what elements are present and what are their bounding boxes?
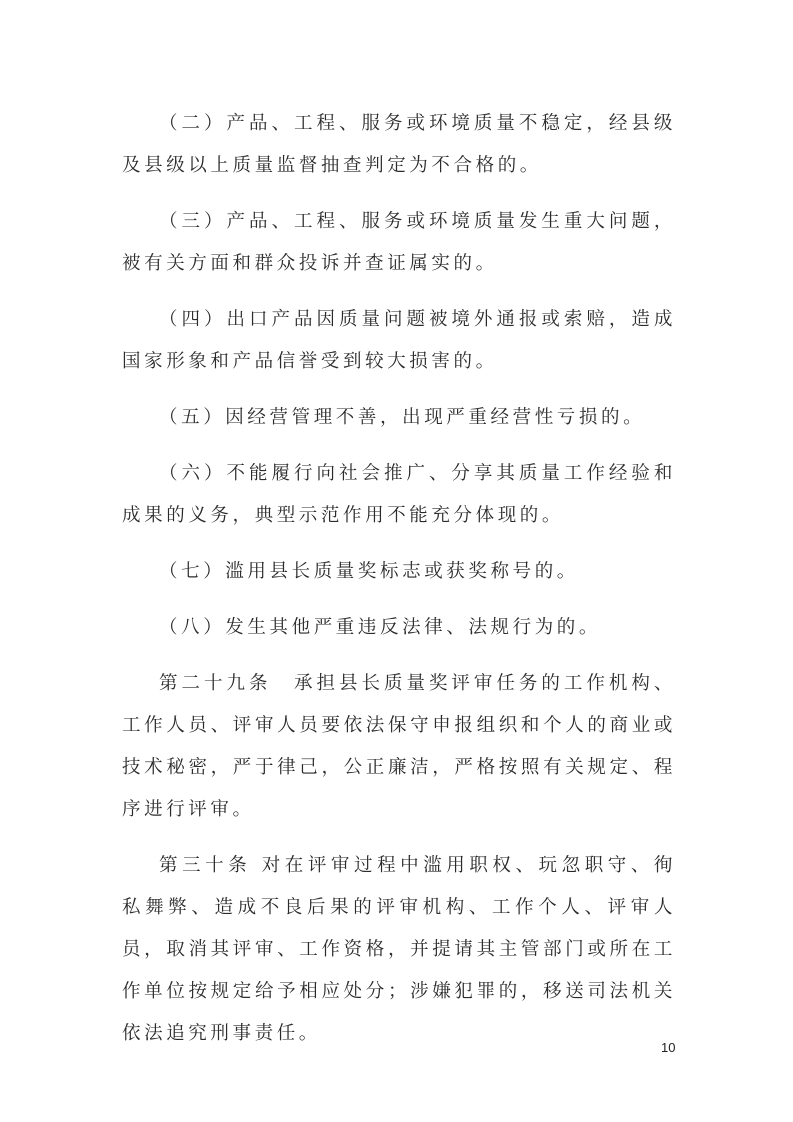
paragraph-item-8: （八）发生其他严重违反法律、法规行为的。 [122,607,676,649]
paragraph-item-5: （五）因经营管理不善，出现严重经营性亏损的。 [122,397,676,439]
paragraph-item-7: （七）滥用县长质量奖标志或获奖称号的。 [122,551,676,593]
document-page: （二）产品、工程、服务或环境质量不稳定，经县级及县级以上质量监督抽查判定为不合格… [0,0,793,1122]
paragraph-item-2: （二）产品、工程、服务或环境质量不稳定，经县级及县级以上质量监督抽查判定为不合格… [122,103,676,187]
paragraph-item-3: （三）产品、工程、服务或环境质量发生重大问题，被有关方面和群众投诉并查证属实的。 [122,201,676,285]
document-body: （二）产品、工程、服务或环境质量不稳定，经县级及县级以上质量监督抽查判定为不合格… [122,103,676,1069]
paragraph-item-4: （四）出口产品因质量问题被境外通报或索赔，造成国家形象和产品信誉受到较大损害的。 [122,299,676,383]
article-30: 第三十条 对在评审过程中滥用职权、玩忽职守、徇私舞弊、造成不良后果的评审机构、工… [122,845,676,1055]
page-number: 10 [661,1040,675,1055]
paragraph-item-6: （六）不能履行向社会推广、分享其质量工作经验和成果的义务，典型示范作用不能充分体… [122,453,676,537]
article-29: 第二十九条 承担县长质量奖评审任务的工作机构、工作人员、评审人员要依法保守申报组… [122,663,676,831]
